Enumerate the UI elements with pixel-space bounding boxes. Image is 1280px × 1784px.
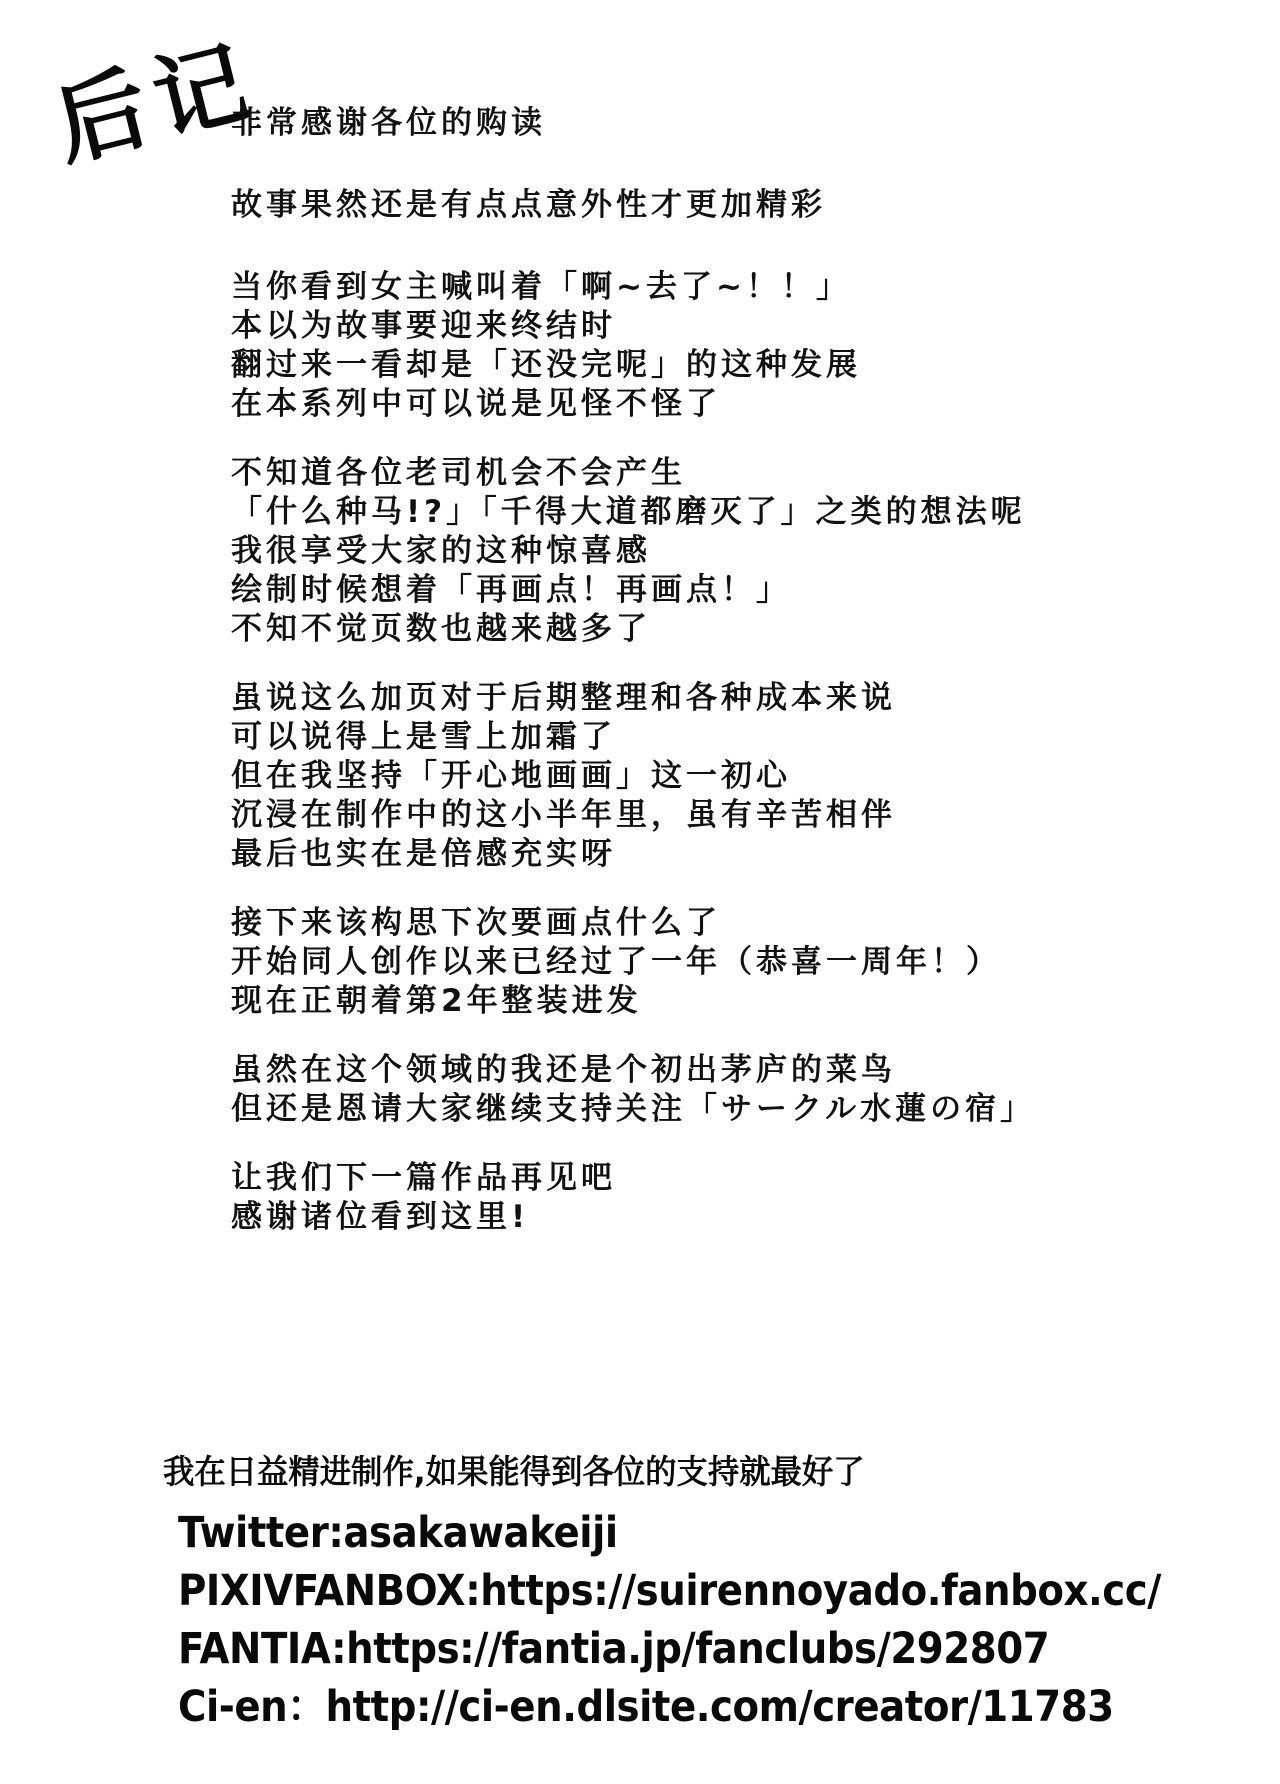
text-line: 但在我坚持「开心地画画」这一初心: [231, 757, 1035, 796]
text-line: 最后也实在是倍感充实呀: [231, 835, 1035, 874]
pixiv-fanbox-link: PIXIVFANBOX:https://suirennoyado.fanbox.…: [178, 1562, 1170, 1620]
text-line: 当你看到女主喊叫着「啊~去了~！！」: [231, 268, 1035, 307]
paragraph: 当你看到女主喊叫着「啊~去了~！！」本以为故事要迎来终结时翻过来一看却是「还没完…: [231, 268, 1035, 424]
paragraph: 故事果然还是有点点意外性才更加精彩: [231, 186, 1035, 225]
footer: 我在日益精进制作,如果能得到各位的支持就最好了 Twitter:asakawak…: [0, 1452, 1280, 1736]
text-line: 非常感谢各位的购读: [231, 104, 1035, 143]
paragraph: 不知道各位老司机会不会产生「什么种马!?」「千得大道都磨灭了」之类的想法呢我很享…: [231, 454, 1035, 649]
text-line: 可以说得上是雪上加霜了: [231, 718, 1035, 757]
twitter-link: Twitter:asakawakeiji: [178, 1504, 1170, 1562]
ci-en-link: Ci-en：http://ci-en.dlsite.com/creator/11…: [178, 1678, 1170, 1736]
paragraph: 非常感谢各位的购读: [231, 104, 1035, 143]
paragraph: 虽然在这个领域的我还是个初出茅庐的菜鸟但还是恩请大家继续支持关注「サークル水蓮の…: [231, 1051, 1035, 1129]
contact-links: Twitter:asakawakeijiPIXIVFANBOX:https://…: [178, 1504, 1280, 1736]
text-line: 翻过来一看却是「还没完呢」的这种发展: [231, 346, 1035, 385]
fantia-link: FANTIA:https://fantia.jp/fanclubs/292807: [178, 1620, 1170, 1678]
text-line: 故事果然还是有点点意外性才更加精彩: [231, 186, 1035, 225]
text-line: 不知不觉页数也越来越多了: [231, 610, 1035, 649]
text-line: 我很享受大家的这种惊喜感: [231, 532, 1035, 571]
text-line: 本以为故事要迎来终结时: [231, 307, 1035, 346]
text-line: 感谢诸位看到这里!: [231, 1198, 1035, 1237]
text-line: 沉浸在制作中的这小半年里，虽有辛苦相伴: [231, 796, 1035, 835]
paragraph: 让我们下一篇作品再见吧感谢诸位看到这里!: [231, 1159, 1035, 1237]
afterword-page: 后记 非常感谢各位的购读故事果然还是有点点意外性才更加精彩当你看到女主喊叫着「啊…: [0, 0, 1280, 1784]
text-line: 「什么种马!?」「千得大道都磨灭了」之类的想法呢: [231, 493, 1035, 532]
text-line: 现在正朝着第2年整装进发: [231, 982, 1035, 1021]
paragraph: 虽说这么加页对于后期整理和各种成本来说可以说得上是雪上加霜了但在我坚持「开心地画…: [231, 679, 1035, 874]
text-line: 接下来该构思下次要画点什么了: [231, 904, 1035, 943]
text-line: 在本系列中可以说是见怪不怪了: [231, 385, 1035, 424]
text-line: 但还是恩请大家继续支持关注「サークル水蓮の宿」: [231, 1090, 1035, 1129]
support-note: 我在日益精进制作,如果能得到各位的支持就最好了: [163, 1452, 1224, 1492]
text-line: 让我们下一篇作品再见吧: [231, 1159, 1035, 1198]
afterword-body: 非常感谢各位的购读故事果然还是有点点意外性才更加精彩当你看到女主喊叫着「啊~去了…: [231, 104, 1035, 1267]
text-line: 虽然在这个领域的我还是个初出茅庐的菜鸟: [231, 1051, 1035, 1090]
text-line: 虽说这么加页对于后期整理和各种成本来说: [231, 679, 1035, 718]
text-line: 绘制时候想着「再画点！再画点！」: [231, 571, 1035, 610]
text-line: 开始同人创作以来已经过了一年（恭喜一周年！）: [231, 943, 1035, 982]
text-line: 不知道各位老司机会不会产生: [231, 454, 1035, 493]
paragraph: 接下来该构思下次要画点什么了开始同人创作以来已经过了一年（恭喜一周年！）现在正朝…: [231, 904, 1035, 1021]
